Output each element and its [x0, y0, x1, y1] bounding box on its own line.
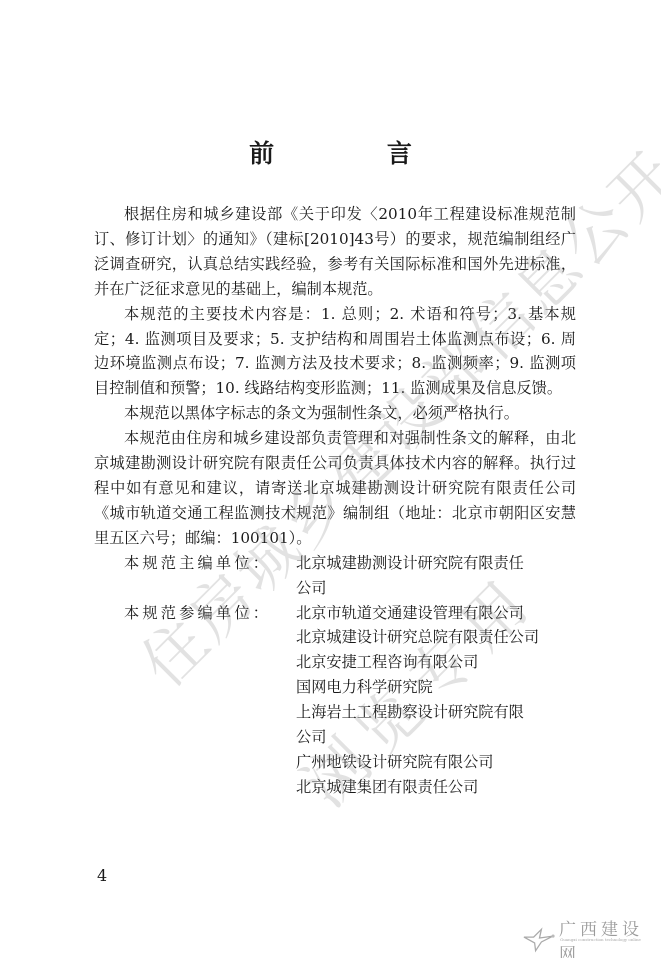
participating-units-label: 本规范参编单位： [94, 601, 296, 800]
participating-unit: 北京城建集团有限责任公司 [296, 775, 576, 800]
preface-body: 根据住房和城乡建设部《关于印发〈2010年工程建设标准规范制订、修订计划〉的通知… [94, 202, 576, 800]
participating-unit: 国网电力科学研究院 [296, 675, 576, 700]
paragraph-mandatory: 本规范以黑体字标志的条文为强制性条文，必须严格执行。 [94, 401, 576, 426]
participating-unit: 北京城建设计研究总院有限责任公司 [296, 625, 576, 650]
participating-unit: 北京安捷工程咨询有限公司 [296, 650, 576, 675]
chief-unit-value: 公司 [296, 576, 576, 601]
participating-units-row: 本规范参编单位： 北京市轨道交通建设管理有限公司 北京城建设计研究总院有限责任公… [94, 601, 576, 800]
participating-unit: 广州地铁设计研究院有限公司 [296, 750, 576, 775]
star-logo-icon [522, 927, 555, 953]
participating-unit: 上海岩土工程勘察设计研究院有限 [296, 700, 576, 725]
participating-unit: 公司 [296, 725, 576, 750]
chief-unit-row: 本规范主编单位： 北京城建勘测设计研究院有限责任 公司 [94, 551, 576, 601]
paragraph-management: 本规范由住房和城乡建设部负责管理和对强制性条文的解释，由北京城建勘测设计研究院有… [94, 426, 576, 551]
participating-units-values: 北京市轨道交通建设管理有限公司 北京城建设计研究总院有限责任公司 北京安捷工程咨… [296, 601, 576, 800]
page-title: 前 言 [0, 134, 661, 170]
chief-unit-label: 本规范主编单位： [94, 551, 296, 601]
paragraph-basis: 根据住房和城乡建设部《关于印发〈2010年工程建设标准规范制订、修订计划〉的通知… [94, 202, 576, 302]
page-number: 4 [97, 866, 107, 885]
paragraph-contents: 本规范的主要技术内容是：1. 总则；2. 术语和符号；3. 基本规定；4. 监测… [94, 302, 576, 402]
participating-unit: 北京市轨道交通建设管理有限公司 [296, 601, 576, 626]
site-logo: 广西建设网 Guangxi construction technology on… [522, 915, 661, 958]
logo-subtitle: Guangxi construction technology online [560, 937, 641, 942]
chief-unit-values: 北京城建勘测设计研究院有限责任 公司 [296, 551, 576, 601]
chief-unit-value: 北京城建勘测设计研究院有限责任 [296, 551, 576, 576]
